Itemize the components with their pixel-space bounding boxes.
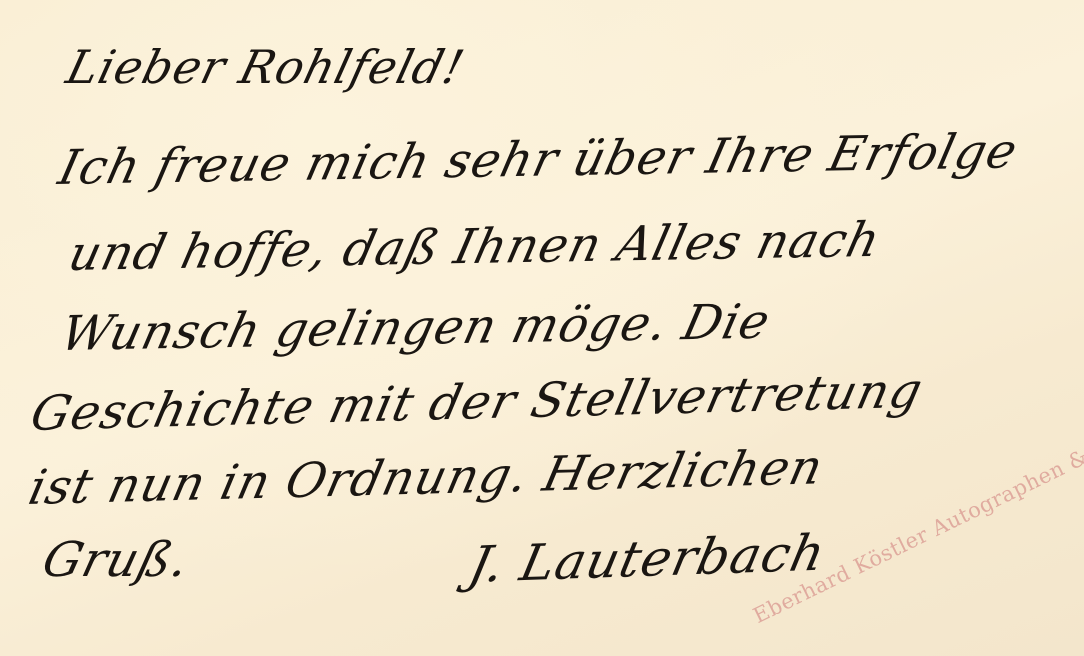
handwritten-card: Lieber Rohlfeld! Ich freue mich sehr übe… <box>0 0 1084 656</box>
letter-line-6: Gruß. <box>37 532 195 588</box>
letter-line-2: und hoffe, daß Ihnen Alles nach <box>64 212 886 282</box>
letter-line-5: ist nun in Ordnung. Herzlichen <box>24 439 829 516</box>
salutation: Lieber Rohlfeld! <box>61 40 470 94</box>
letter-line-1: Ich freue mich sehr über Ihre Erfolge <box>54 123 1024 196</box>
letter-line-4: Geschichte mit der Stellvertretung <box>26 363 928 442</box>
letter-line-3: Wunsch gelingen möge. Die <box>56 294 776 362</box>
signature: J. Lauterbach <box>464 524 831 594</box>
